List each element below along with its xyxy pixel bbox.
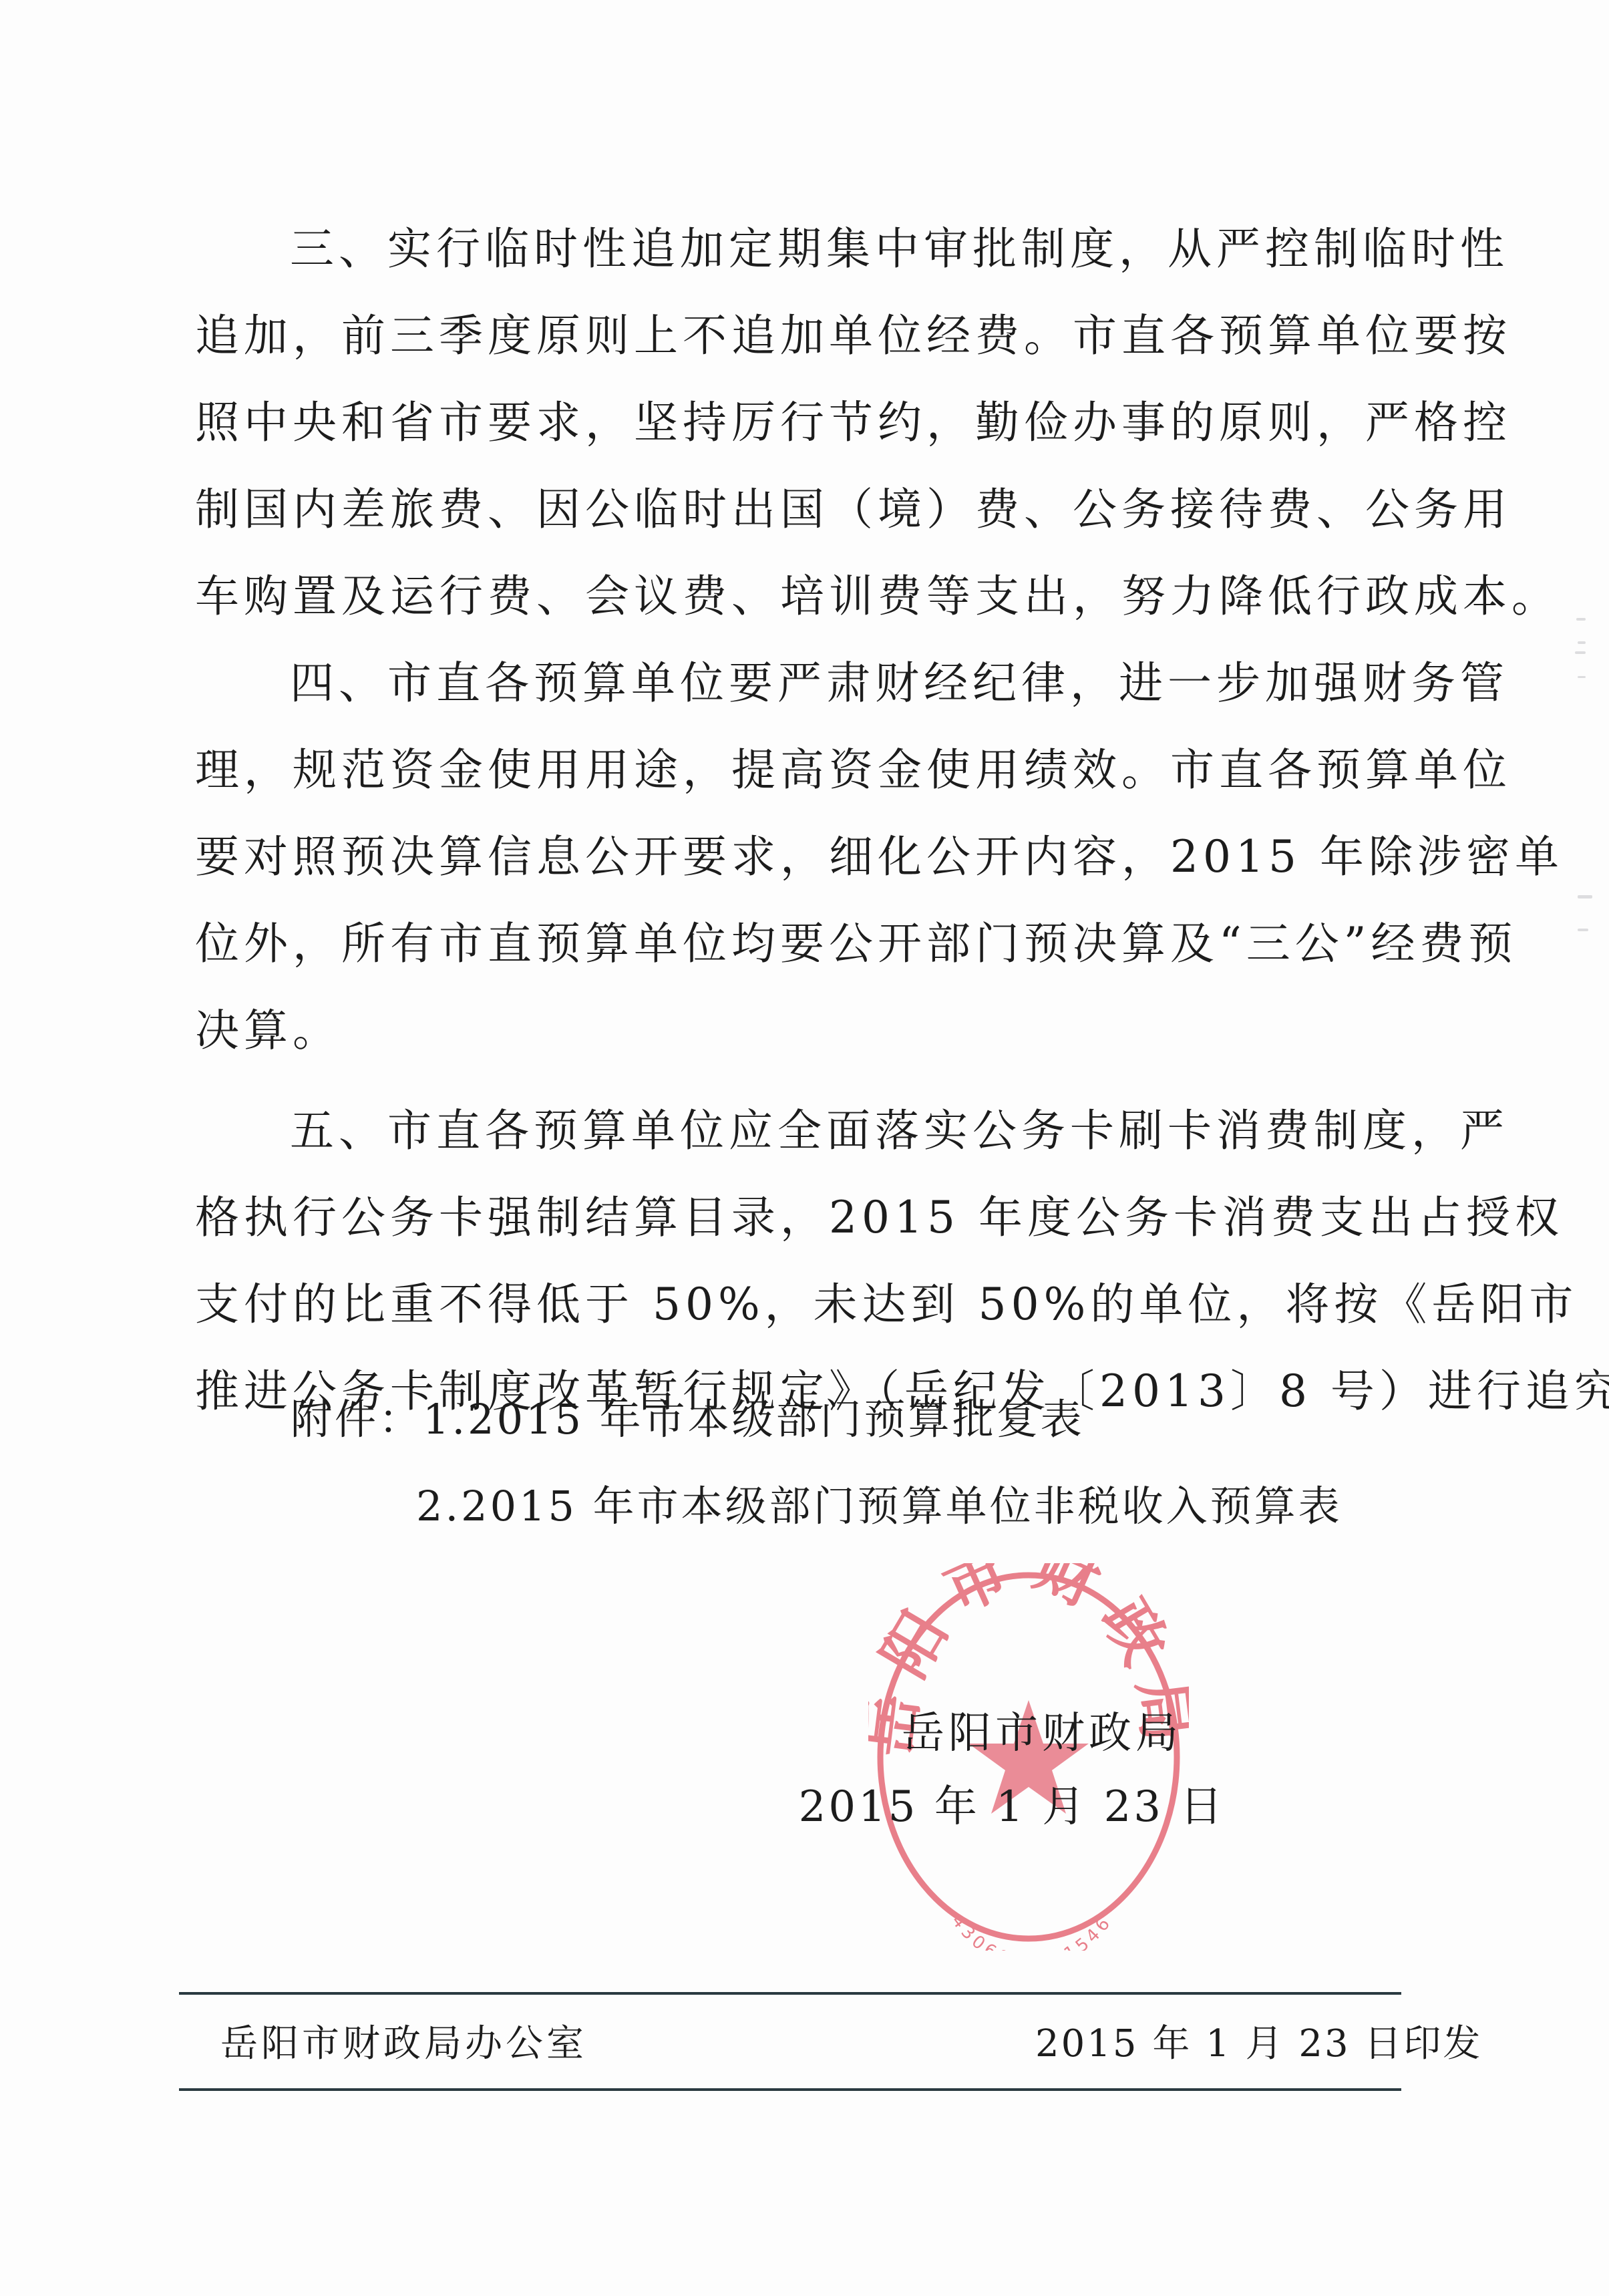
signing-date: 2015 年 1 月 23 日 (795, 1770, 1229, 1844)
signature-block: 岳阳市财政局 2015 年 1 月 23 日 (855, 1697, 1229, 1844)
footer-issue-date: 2015 年 1 月 23 日印发 (1035, 2017, 1482, 2071)
paragraph-line: 追加，前三季度原则上不追加单位经费。市直各预算单位要按 (195, 293, 1417, 379)
paragraph-line: 要对照预决算信息公开要求，细化公开内容，2015 年除涉密单 (195, 814, 1417, 900)
section-three: 三、实行临时性追加定期集中审批制度，从严控制临时性 追加，前三季度原则上不追加单… (195, 206, 1417, 640)
scan-artifact (1576, 618, 1586, 621)
paragraph-line: 位外，所有市直预算单位均要公开部门预决算及“三公”经费预 (195, 900, 1417, 987)
svg-text:4306000021546: 4306000021546 (947, 1911, 1116, 1951)
document-body: 三、实行临时性追加定期集中审批制度，从严控制临时性 追加，前三季度原则上不追加单… (195, 206, 1417, 1435)
footer-divider-top (179, 1992, 1401, 1995)
scan-artifact (1578, 929, 1588, 931)
scan-artifact (1578, 676, 1586, 678)
attachment-item: 附件：1.2015 年市本级部门预算批复表 (291, 1376, 1343, 1463)
paragraph-line: 决算。 (195, 987, 1417, 1074)
scan-artifact (1578, 895, 1592, 898)
paragraph-line: 理，规范资金使用用途，提高资金使用绩效。市直各预算单位 (195, 727, 1417, 814)
attachments-list: 附件：1.2015 年市本级部门预算批复表 2.2015 年市本级部门预算单位非… (291, 1376, 1343, 1550)
scan-artifact (1578, 641, 1586, 644)
section-four: 四、市直各预算单位要严肃财经纪律，进一步加强财务管 理，规范资金使用用途，提高资… (195, 640, 1417, 1074)
attachment-item: 2.2015 年市本级部门预算单位非税收入预算表 (291, 1463, 1343, 1550)
paragraph-line: 照中央和省市要求，坚持厉行节约，勤俭办事的原则，严格控 (195, 379, 1417, 466)
paragraph-line: 格执行公务卡强制结算目录，2015 年度公务卡消费支出占授权 (195, 1174, 1417, 1261)
paragraph-line: 三、实行临时性追加定期集中审批制度，从严控制临时性 (195, 206, 1417, 293)
paragraph-line: 制国内差旅费、因公临时出国（境）费、公务接待费、公务用 (195, 466, 1417, 553)
document-page: 三、实行临时性追加定期集中审批制度，从严控制临时性 追加，前三季度原则上不追加单… (0, 0, 1609, 2296)
footer-divider-bottom (179, 2088, 1401, 2091)
attachment-title: 2.2015 年市本级部门预算单位非税收入预算表 (416, 1482, 1343, 1530)
paragraph-line: 五、市直各预算单位应全面落实公务卡刷卡消费制度，严 (195, 1088, 1417, 1174)
signing-organization: 岳阳市财政局 (855, 1697, 1229, 1770)
seal-serial-number: 4306000021546 (947, 1911, 1116, 1951)
paragraph-line: 四、市直各预算单位要严肃财经纪律，进一步加强财务管 (195, 640, 1417, 727)
footer-issuer: 岳阳市财政局办公室 (220, 2017, 587, 2071)
paragraph-line: 车购置及运行费、会议费、培训费等支出，努力降低行政成本。 (195, 553, 1417, 640)
attachments-label: 附件： (291, 1395, 423, 1444)
paragraph-line: 支付的比重不得低于 50%，未达到 50%的单位，将按《岳阳市 (195, 1261, 1417, 1348)
scan-artifact (1575, 651, 1586, 654)
attachment-title: 1.2015 年市本级部门预算批复表 (423, 1395, 1085, 1444)
paragraph-gap (195, 1074, 1417, 1088)
